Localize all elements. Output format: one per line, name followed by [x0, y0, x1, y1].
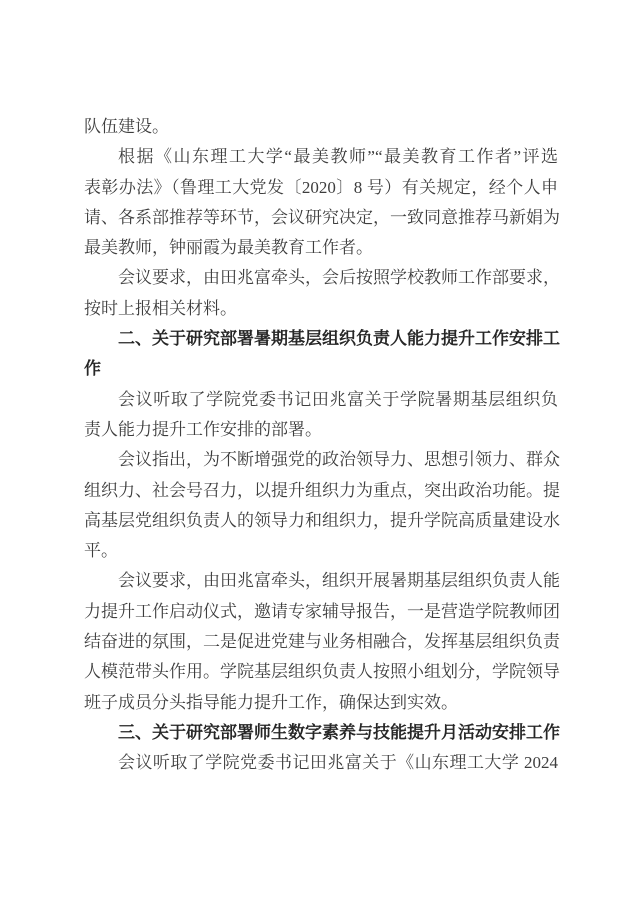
text-line: 按时上报相关材料。 [84, 294, 558, 324]
paragraph: 会议要求，由田兆富牵头，会后按照学校教师工作部要求， 按时上报相关材料。 [84, 263, 558, 324]
document-page: 队伍建设。 根据《山东理工大学“最美教师”“最美教育工作者”评选 表彰办法》（鲁… [0, 0, 639, 905]
heading-line: 二、关于研究部署暑期基层组织负责人能力提升工作安排工 [84, 324, 558, 354]
text-line: 最美教师，钟丽霞为最美教育工作者。 [84, 233, 558, 263]
text-line: 责人能力提升工作安排的部署。 [84, 415, 558, 445]
text-line: 请、各系部推荐等环节，会议研究决定，一致同意推荐马新娟为 [84, 203, 558, 233]
paragraph: 会议要求，由田兆富牵头，组织开展暑期基层组织负责人能 力提升工作启动仪式，邀请专… [84, 566, 558, 717]
text-line: 班子成员分头指导能力提升工作，确保达到实效。 [84, 688, 558, 718]
text-line: 会议听取了学院党委书记田兆富关于学院暑期基层组织负 [84, 385, 558, 415]
text-line: 会议听取了学院党委书记田兆富关于《山东理工大学 2024 [84, 748, 558, 778]
heading-line: 作 [84, 354, 558, 384]
text-line: 根据《山东理工大学“最美教师”“最美教育工作者”评选 [84, 142, 558, 172]
paragraph: 会议听取了学院党委书记田兆富关于学院暑期基层组织负 责人能力提升工作安排的部署。 [84, 385, 558, 446]
document-body: 队伍建设。 根据《山东理工大学“最美教师”“最美教育工作者”评选 表彰办法》（鲁… [84, 112, 558, 779]
paragraph-continuation: 队伍建设。 [84, 112, 558, 142]
section-heading-2: 二、关于研究部署暑期基层组织负责人能力提升工作安排工 作 [84, 324, 558, 385]
paragraph: 会议听取了学院党委书记田兆富关于《山东理工大学 2024 [84, 748, 558, 778]
text-line: 会议要求，由田兆富牵头，组织开展暑期基层组织负责人能 [84, 566, 558, 596]
text-line: 结奋进的氛围，二是促进党建与业务相融合，发挥基层组织负责 [84, 627, 558, 657]
text-line: 会议指出，为不断增强党的政治领导力、思想引领力、群众 [84, 445, 558, 475]
text-line: 队伍建设。 [84, 112, 558, 142]
text-line: 会议要求，由田兆富牵头，会后按照学校教师工作部要求， [84, 263, 558, 293]
section-heading-3: 三、关于研究部署师生数字素养与技能提升月活动安排工作 [84, 718, 558, 748]
text-line: 表彰办法》（鲁理工大党发〔2020〕8 号）有关规定，经个人申 [84, 173, 558, 203]
text-line: 人模范带头作用。学院基层组织负责人按照小组划分，学院领导 [84, 657, 558, 687]
text-line: 组织力、社会号召力，以提升组织力为重点，突出政治功能。提 [84, 476, 558, 506]
paragraph: 会议指出，为不断增强党的政治领导力、思想引领力、群众 组织力、社会号召力，以提升… [84, 445, 558, 566]
text-line: 高基层党组织负责人的领导力和组织力，提升学院高质量建设水 [84, 506, 558, 536]
text-line: 力提升工作启动仪式，邀请专家辅导报告，一是营造学院教师团 [84, 597, 558, 627]
text-line: 平。 [84, 536, 558, 566]
paragraph: 根据《山东理工大学“最美教师”“最美教育工作者”评选 表彰办法》（鲁理工大党发〔… [84, 142, 558, 263]
heading-line: 三、关于研究部署师生数字素养与技能提升月活动安排工作 [84, 718, 558, 748]
